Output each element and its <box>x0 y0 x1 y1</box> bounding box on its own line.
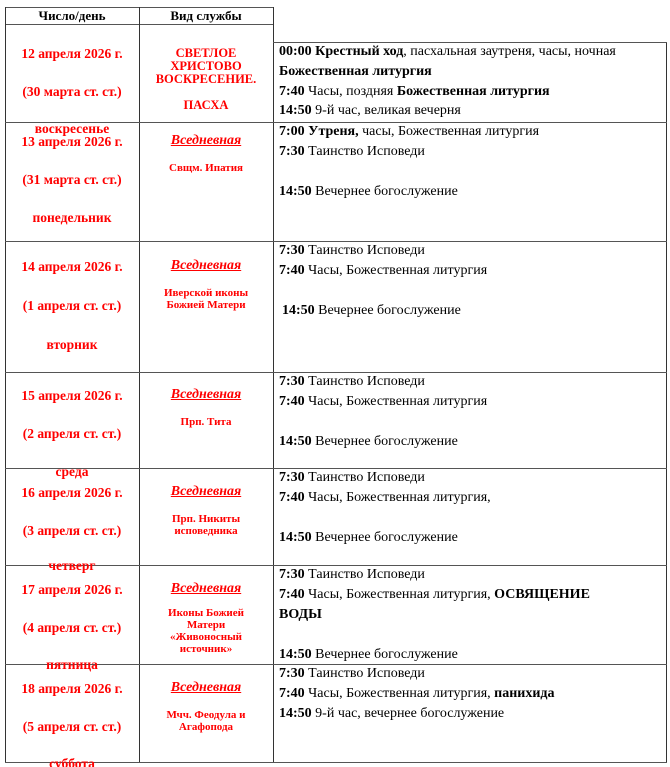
old-style-date: (4 апреля ст. ст.) <box>5 620 139 636</box>
service-description: Таинство Исповеди <box>305 243 425 258</box>
schedule-row: 14 апреля 2026 г. (1 апреля ст. ст.) вто… <box>5 241 667 372</box>
service-type-link[interactable]: Вседневная <box>139 258 273 274</box>
schedule-entry: 7:40 Часы, Божественная литургия, панихи… <box>279 684 555 704</box>
service-time: 14:50 <box>279 706 312 721</box>
schedule-row: 15 апреля 2026 г. (2 апреля ст. ст.) сре… <box>5 372 667 468</box>
service-description: Вечернее богослужение <box>312 530 458 545</box>
old-style-date: (31 марта ст. ст.) <box>5 172 139 188</box>
date-label: 13 апреля 2026 г. <box>5 134 139 150</box>
schedule-cell: 7:30 Таинство Исповеди7:40 Часы, Божеств… <box>273 372 667 468</box>
schedule-entry: ВОДЫ <box>279 605 322 625</box>
service-description: , пасхальная заутреня, часы, ночная <box>403 44 616 59</box>
date-label: 15 апреля 2026 г. <box>5 388 139 404</box>
service-subtitle: ПАСХА <box>139 98 273 113</box>
schedule-entry: 14:50 Вечернее богослужение <box>279 182 458 202</box>
service-highlight: Божественная литургия <box>279 64 432 79</box>
service-time: 7:40 <box>279 263 305 278</box>
service-time: 7:40 <box>279 490 305 505</box>
saint-commemoration: Прп. Никиты <box>139 513 273 525</box>
date-cell: 15 апреля 2026 г. (2 апреля ст. ст.) сре… <box>5 372 139 468</box>
weekday-label: вторник <box>5 337 139 353</box>
date-label: 14 апреля 2026 г. <box>5 259 139 275</box>
date-cell: 16 апреля 2026 г. (3 апреля ст. ст.) чет… <box>5 468 139 565</box>
service-time: 7:00 <box>279 124 305 139</box>
service-cell: ВседневнаяСвщм. Ипатия <box>139 133 273 174</box>
date-label: 17 апреля 2026 г. <box>5 582 139 598</box>
service-description: Таинство Исповеди <box>305 374 425 389</box>
service-highlight: ОСВЯЩЕНИЕ <box>494 587 590 602</box>
service-title: ВОСКРЕСЕНИЕ. <box>139 73 273 86</box>
schedule-entry: 7:40 Часы, поздняя Божественная литургия <box>279 82 550 102</box>
schedule-cell: 00:00 Крестный ход, пасхальная заутреня,… <box>273 24 667 122</box>
schedule-entry: 7:30 Таинство Исповеди <box>279 664 425 684</box>
schedule-entry: 7:30 Таинство Исповеди <box>279 241 425 261</box>
schedule-cell: 7:30 Таинство Исповеди7:40 Часы, Божеств… <box>273 241 667 372</box>
service-type-link[interactable]: Вседневная <box>139 680 273 696</box>
service-description: Часы, Божественная литургия, <box>305 686 494 701</box>
schedule-row: 17 апреля 2026 г. (4 апреля ст. ст.) пят… <box>5 565 667 664</box>
service-highlight: ВОДЫ <box>279 607 322 622</box>
old-style-date: (2 апреля ст. ст.) <box>5 426 139 442</box>
old-style-date: (3 апреля ст. ст.) <box>5 523 139 539</box>
saint-commemoration: Агафопода <box>139 721 273 733</box>
service-description: Часы, поздняя <box>305 84 397 99</box>
header-date-column: Число/день <box>5 7 139 24</box>
service-description: Вечернее богослужение <box>315 303 461 318</box>
service-type-link[interactable]: Вседневная <box>139 387 273 403</box>
service-cell: ВседневнаяИконы БожиейМатери«Живоносныйи… <box>139 581 273 655</box>
service-time: 7:30 <box>279 567 305 582</box>
schedule-entry: 7:40 Часы, Божественная литургия, <box>279 488 491 508</box>
schedule-cell: 7:30 Таинство Исповеди7:40 Часы, Божеств… <box>273 468 667 565</box>
schedule-cell: 7:30 Таинство Исповеди7:40 Часы, Божеств… <box>273 664 667 762</box>
service-highlight: Крестный ход <box>315 44 403 59</box>
service-description: 9-й час, великая вечерня <box>312 103 461 118</box>
service-time: 7:40 <box>279 394 305 409</box>
date-cell: 12 апреля 2026 г. (30 марта ст. ст.) вос… <box>5 24 139 122</box>
service-cell: ВседневнаяМчч. Феодула иАгафопода <box>139 680 273 733</box>
weekday-label: суббота <box>5 756 139 767</box>
schedule-entry: 00:00 Крестный ход, пасхальная заутреня,… <box>279 42 616 62</box>
service-description: Вечернее богослужение <box>312 647 458 662</box>
date-cell: 13 апреля 2026 г. (31 марта ст. ст.) пон… <box>5 122 139 241</box>
service-description: Таинство Исповеди <box>305 666 425 681</box>
schedule-entry: 14:50 Вечернее богослужение <box>282 301 461 321</box>
schedule-entry: 7:30 Таинство Исповеди <box>279 565 425 585</box>
service-time: 14:50 <box>282 303 315 318</box>
saint-commemoration: исповедника <box>139 525 273 537</box>
saint-commemoration: Мчч. Феодула и <box>139 709 273 721</box>
service-highlight: Божественная литургия <box>397 84 550 99</box>
old-style-date: (1 апреля ст. ст.) <box>5 298 139 314</box>
saint-commemoration: Божией Матери <box>139 299 273 311</box>
service-time: 7:40 <box>279 587 305 602</box>
schedule-row: 12 апреля 2026 г. (30 марта ст. ст.) вос… <box>5 24 667 122</box>
saint-commemoration: Иверской иконы <box>139 287 273 299</box>
service-description: Часы, Божественная литургия, <box>305 490 491 505</box>
service-type-link[interactable]: Вседневная <box>139 581 273 597</box>
service-time: 14:50 <box>279 103 312 118</box>
schedule-entry: Божественная литургия <box>279 62 432 82</box>
schedule-entry: 7:40 Часы, Божественная литургия, ОСВЯЩЕ… <box>279 585 590 605</box>
service-time: 7:40 <box>279 686 305 701</box>
schedule-entry: 14:50 Вечернее богослужение <box>279 432 458 452</box>
service-highlight: панихида <box>494 686 554 701</box>
schedule-entry: 7:40 Часы, Божественная литургия <box>279 261 487 281</box>
schedule-row: 18 апреля 2026 г. (5 апреля ст. ст.) суб… <box>5 664 667 762</box>
service-type-link[interactable]: Вседневная <box>139 133 273 149</box>
service-description: Вечернее богослужение <box>312 184 458 199</box>
service-time: 7:40 <box>279 84 305 99</box>
schedule-entry: 7:40 Часы, Божественная литургия <box>279 392 487 412</box>
service-cell: ВседневнаяПрп. Никитыисповедника <box>139 484 273 537</box>
schedule-cell: 7:30 Таинство Исповеди7:40 Часы, Божеств… <box>273 565 667 664</box>
schedule-entry: 14:50 Вечернее богослужение <box>279 528 458 548</box>
service-description: Вечернее богослужение <box>312 434 458 449</box>
service-time: 7:30 <box>279 374 305 389</box>
service-time: 7:30 <box>279 144 305 159</box>
service-description: 9-й час, вечернее богослужение <box>312 706 504 721</box>
schedule-entry: 7:30 Таинство Исповеди <box>279 468 425 488</box>
schedule-entry: 7:30 Таинство Исповеди <box>279 142 425 162</box>
saint-commemoration: «Живоносный <box>139 631 273 643</box>
service-type-link[interactable]: Вседневная <box>139 484 273 500</box>
service-time: 7:30 <box>279 470 305 485</box>
service-description: Часы, Божественная литургия, <box>305 587 494 602</box>
date-cell: 14 апреля 2026 г. (1 апреля ст. ст.) вто… <box>5 241 139 372</box>
header-service-column: Вид службы <box>139 7 273 24</box>
schedule-entry: 14:50 9-й час, вечернее богослужение <box>279 704 504 724</box>
saint-commemoration: Матери <box>139 619 273 631</box>
schedule-row: 16 апреля 2026 г. (3 апреля ст. ст.) чет… <box>5 468 667 565</box>
schedule-row: 13 апреля 2026 г. (31 марта ст. ст.) пон… <box>5 122 667 241</box>
schedule-entry: 7:00 Утреня, часы, Божественная литургия <box>279 122 539 142</box>
date-cell: 17 апреля 2026 г. (4 апреля ст. ст.) пят… <box>5 565 139 664</box>
service-time: 7:30 <box>279 243 305 258</box>
date-cell: 18 апреля 2026 г. (5 апреля ст. ст.) суб… <box>5 664 139 762</box>
service-description: Часы, Божественная литургия <box>305 263 487 278</box>
service-description: Таинство Исповеди <box>305 567 425 582</box>
weekday-label: понедельник <box>5 210 139 226</box>
saint-commemoration: Свщм. Ипатия <box>139 162 273 174</box>
service-description: Часы, Божественная литургия <box>305 394 487 409</box>
service-cell: ВседневнаяИверской иконыБожией Матери <box>139 258 273 311</box>
service-description: Таинство Исповеди <box>305 470 425 485</box>
saint-commemoration: Иконы Божией <box>139 607 273 619</box>
service-description: Таинство Исповеди <box>305 144 425 159</box>
date-label: 18 апреля 2026 г. <box>5 681 139 697</box>
saint-commemoration: источник» <box>139 643 273 655</box>
service-description: часы, Божественная литургия <box>359 124 539 139</box>
old-style-date: (5 апреля ст. ст.) <box>5 719 139 735</box>
service-time: 14:50 <box>279 647 312 662</box>
service-cell: ВседневнаяПрп. Тита <box>139 387 273 428</box>
schedule-entry: 14:50 Вечернее богослужение <box>279 645 458 665</box>
service-cell: СВЕТЛОЕХРИСТОВОВОСКРЕСЕНИЕ.ПАСХА <box>139 47 273 113</box>
service-highlight: Утреня, <box>308 124 358 139</box>
service-time: 14:50 <box>279 434 312 449</box>
date-label: 16 апреля 2026 г. <box>5 485 139 501</box>
schedule-entry: 7:30 Таинство Исповеди <box>279 372 425 392</box>
date-label: 12 апреля 2026 г. <box>5 46 139 62</box>
service-time: 00:00 <box>279 44 312 59</box>
schedule-cell: 7:00 Утреня, часы, Божественная литургия… <box>273 122 667 241</box>
service-time: 7:30 <box>279 666 305 681</box>
service-time: 14:50 <box>279 530 312 545</box>
saint-commemoration: Прп. Тита <box>139 416 273 428</box>
old-style-date: (30 марта ст. ст.) <box>5 84 139 100</box>
service-time: 14:50 <box>279 184 312 199</box>
schedule-entry: 14:50 9-й час, великая вечерня <box>279 101 461 121</box>
